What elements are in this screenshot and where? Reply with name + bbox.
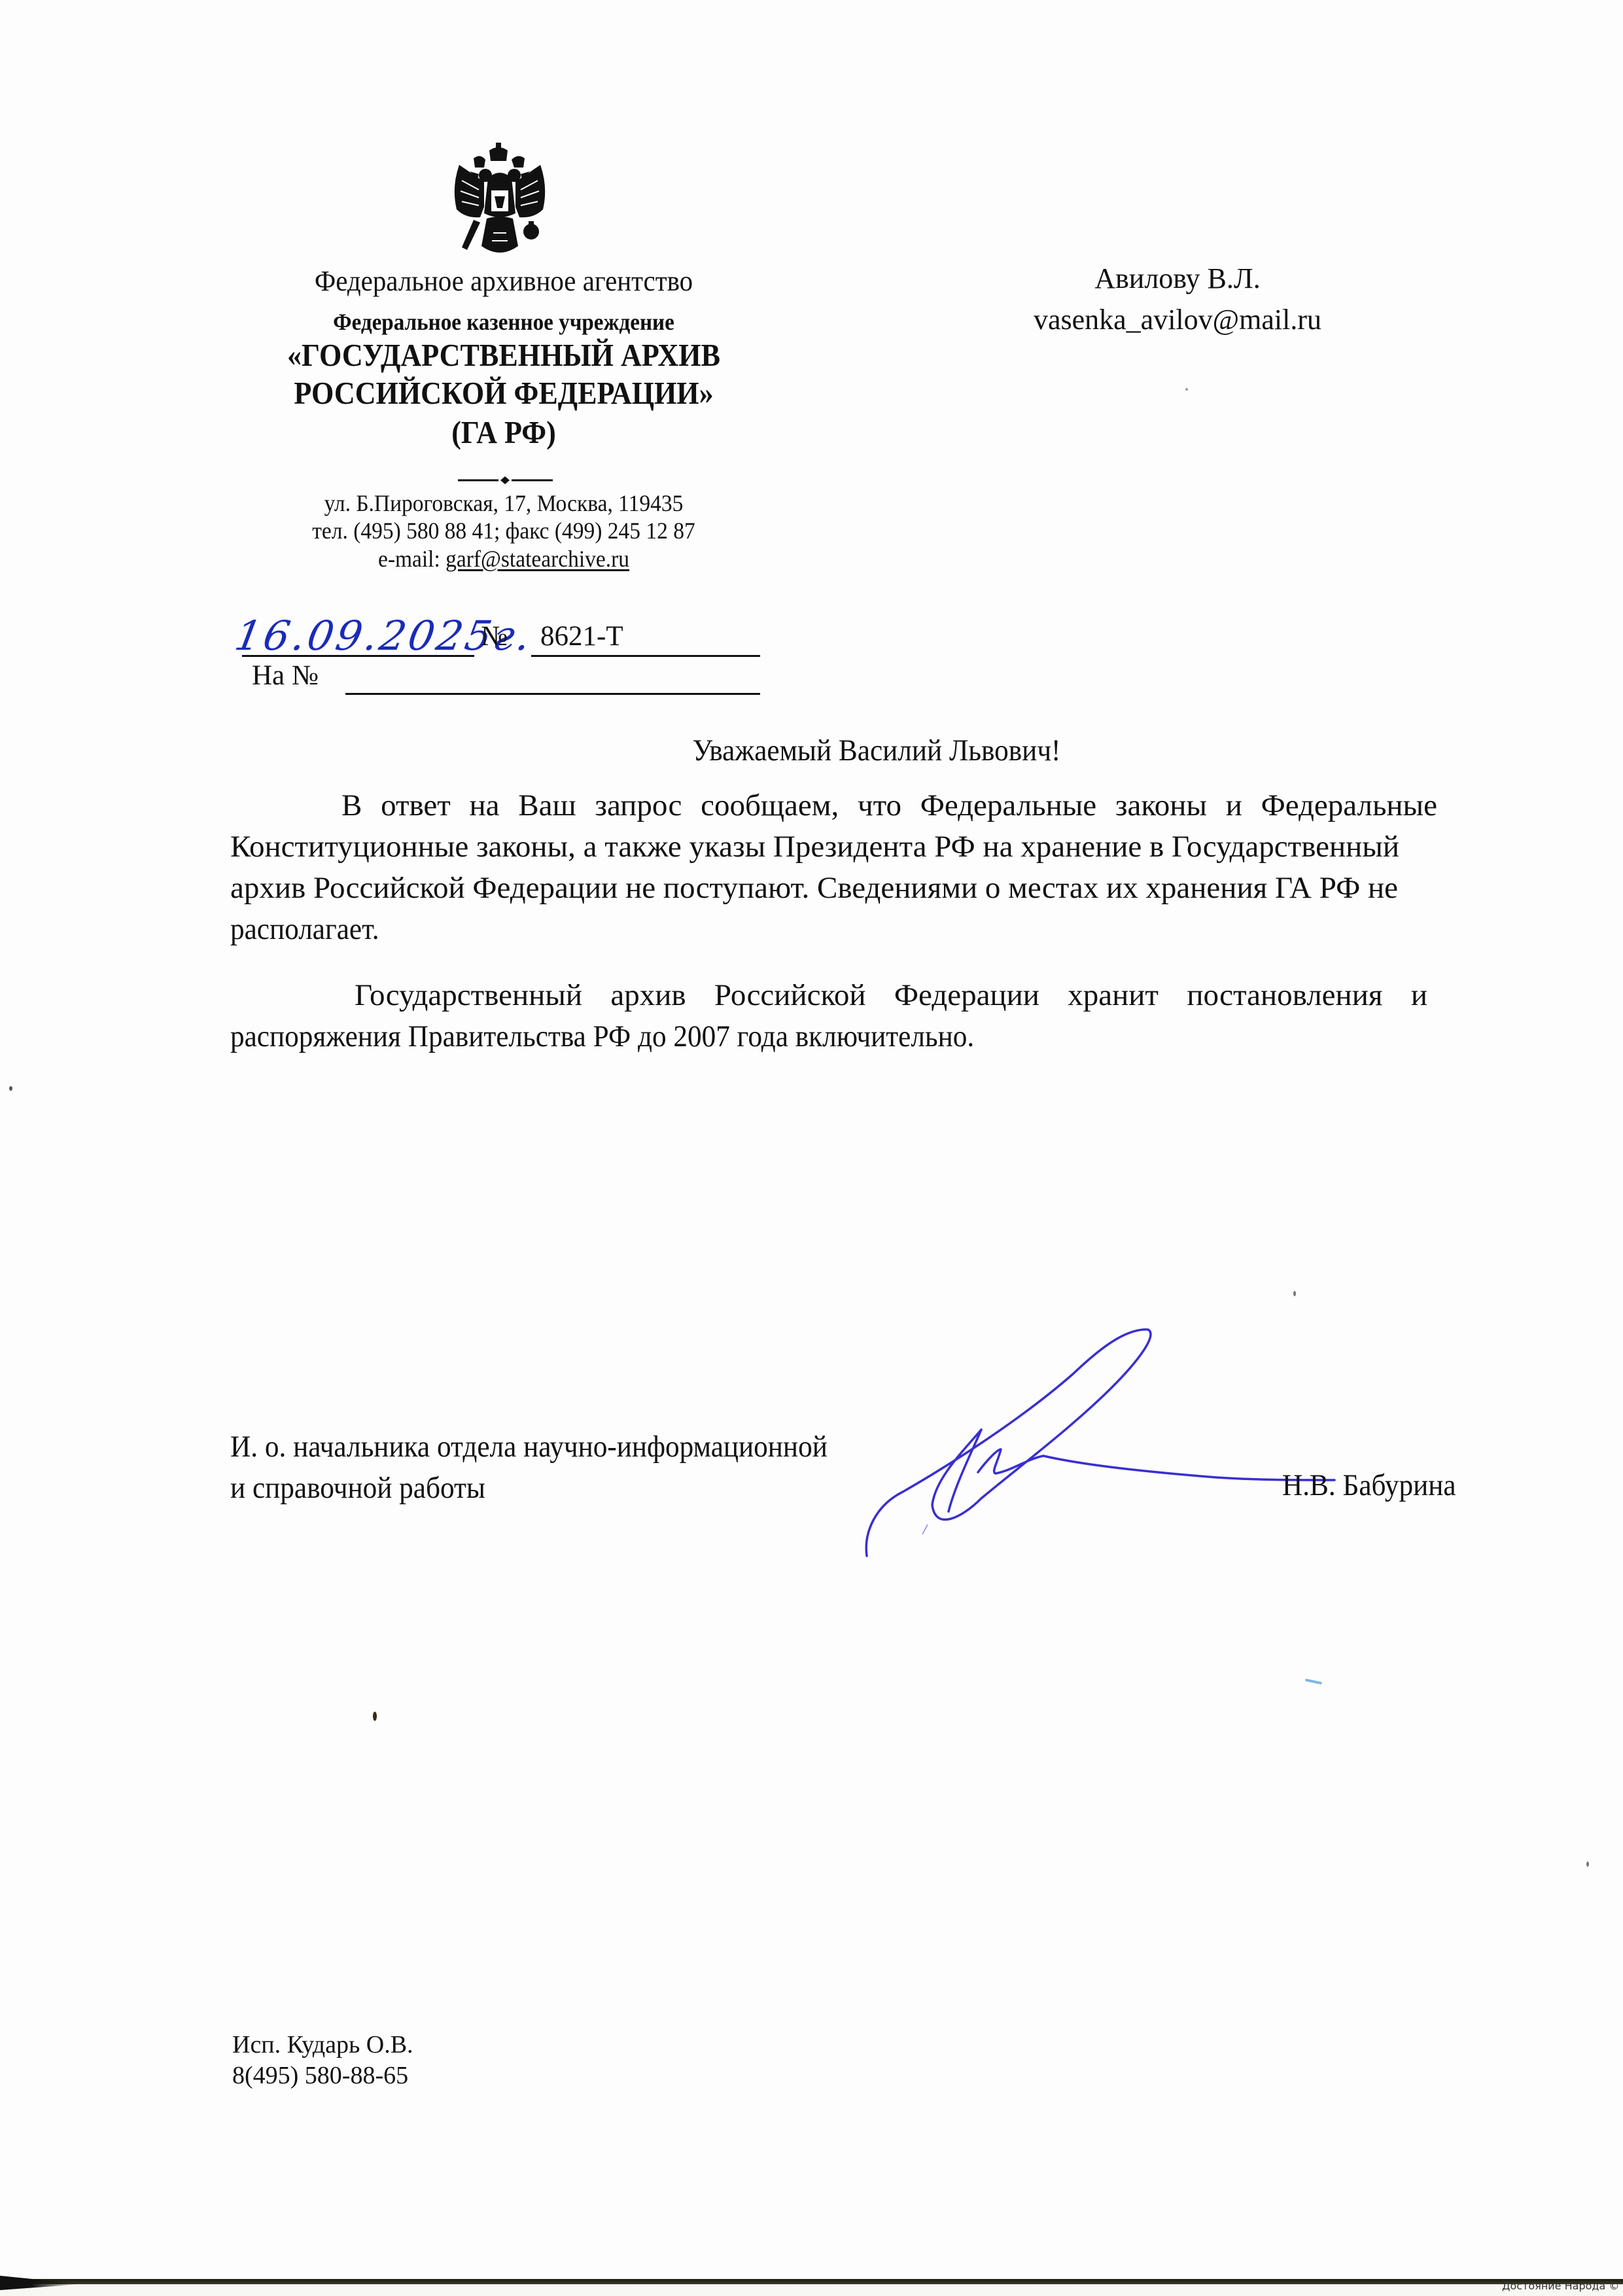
institution-abbreviation: (ГА РФ) [251, 414, 757, 451]
paragraph-1-line: Конституционные законы, а также указы Пр… [230, 826, 1399, 868]
institution-name-line2: РОССИЙСКОЙ ФЕДЕРАЦИИ» [251, 374, 757, 412]
scan-speck [1293, 1291, 1296, 1296]
date-underline [242, 655, 474, 657]
institution-email-line: e-mail: garf@statearchive.ru [242, 545, 765, 573]
scan-speck [1586, 1862, 1589, 1867]
paragraph-2-line: распоряжения Правительства РФ до 2007 го… [230, 1016, 1398, 1057]
signer-position-line1: И. о. начальника отдела научно-информаци… [230, 1426, 922, 1468]
coat-of-arms-icon [447, 141, 552, 260]
scan-speck [373, 1712, 377, 1721]
watermark: Достояние Народа © [1502, 2280, 1619, 2292]
handwritten-signature [850, 1309, 1348, 1570]
institution-name-line1: «ГОСУДАРСТВЕННЫЙ АРХИВ [251, 336, 757, 374]
executor-name: Исп. Кударь О.В. [232, 2030, 413, 2059]
email-label: e-mail: [378, 546, 445, 572]
paragraph-1: В ответ на Ваш запрос сообщаем, что Феде… [230, 785, 1499, 950]
page-bottom-edge [0, 2279, 1623, 2284]
paragraph-2-line: Государственный архив Российской Федерац… [230, 975, 1427, 1016]
paragraph-1-line: располагает. [230, 909, 1398, 950]
institution-phone-fax: тел. (495) 580 88 41; факс (499) 245 12 … [242, 517, 765, 544]
outgoing-number: 8621-Т [540, 620, 623, 652]
scanner-bed [0, 2284, 1623, 2296]
scan-speck [1305, 1678, 1322, 1684]
institution-type: Федеральное казенное учреждение [245, 308, 762, 336]
reply-to-field [345, 693, 760, 695]
scan-speck [9, 1086, 12, 1091]
salutation: Уважаемый Василий Львович! [275, 733, 1478, 768]
ornament-divider [458, 476, 553, 485]
number-sign: № [481, 620, 508, 652]
addressee-name: Авилову В.Л. [981, 262, 1374, 295]
institution-email-link[interactable]: garf@statearchive.ru [445, 546, 629, 572]
number-underline [531, 655, 760, 657]
scan-speck [1185, 388, 1188, 391]
paragraph-1-line: архив Российской Федерации не поступают.… [230, 868, 1398, 909]
reply-to-label: На № [252, 660, 319, 692]
institution-address: ул. Б.Пироговская, 17, Москва, 119435 [242, 489, 765, 517]
addressee-email: vasenka_avilov@mail.ru [981, 303, 1374, 336]
agency-name: Федеральное архивное агентство [242, 264, 765, 298]
signer-name: Н.В. Бабурина [1282, 1468, 1456, 1503]
executor-phone: 8(495) 580-88-65 [232, 2061, 408, 2090]
signer-position: И. о. начальника отдела научно-информаци… [230, 1426, 922, 1509]
paragraph-1-line: В ответ на Ваш запрос сообщаем, что Феде… [230, 785, 1437, 826]
signer-position-line2: и справочной работы [230, 1468, 922, 1509]
paragraph-2: Государственный архив Российской Федерац… [230, 975, 1499, 1057]
